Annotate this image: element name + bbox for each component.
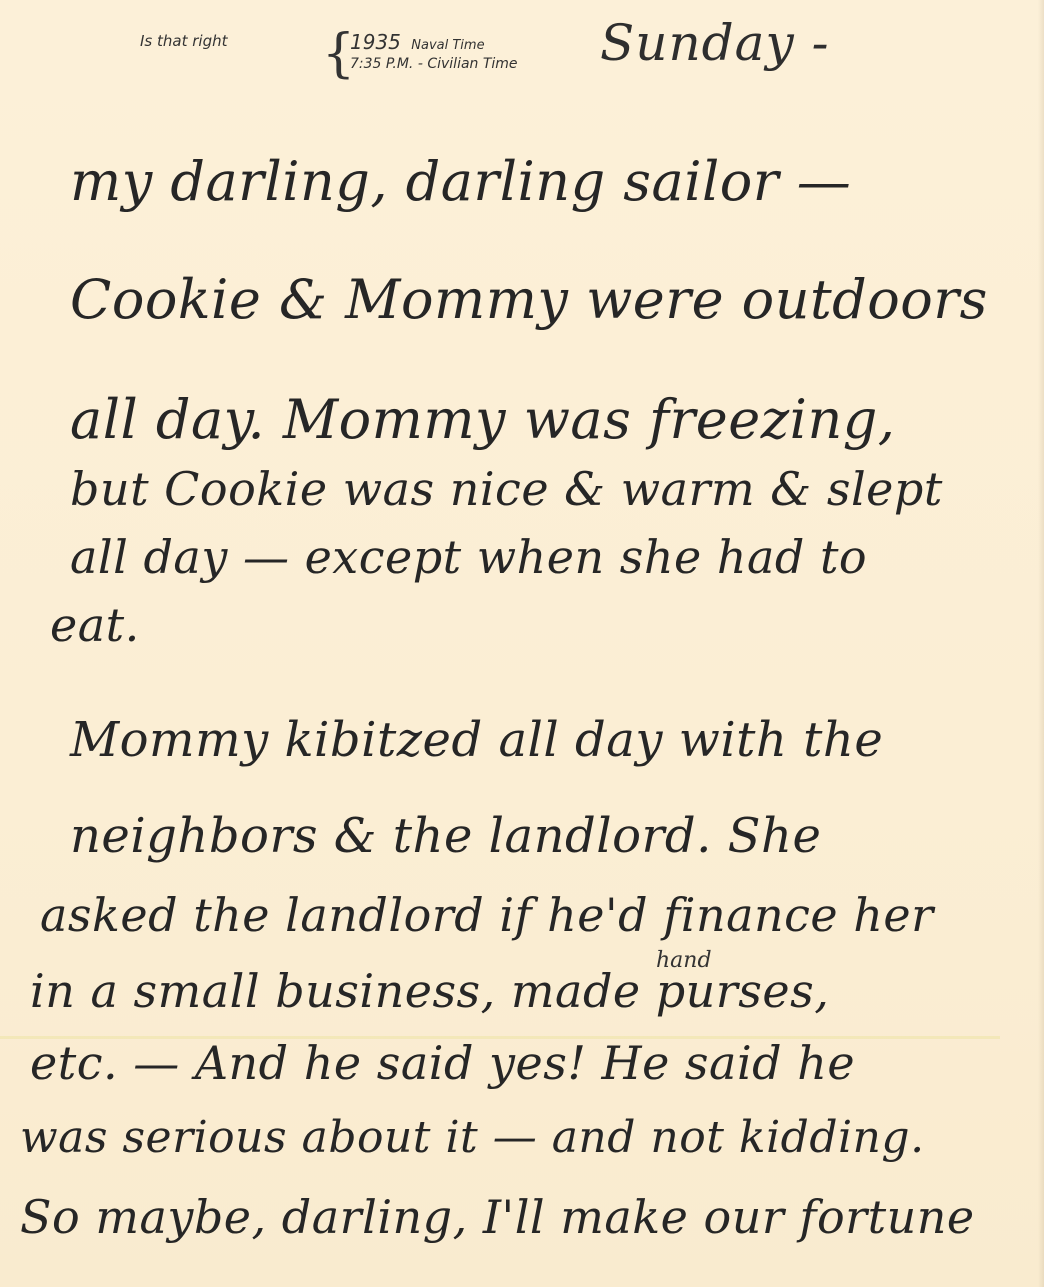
civilian-time: 7:35 P.M. - Civilian Time [350, 56, 518, 72]
letter-line: but Cookie was nice & warm & slept [70, 462, 943, 516]
letter-line: asked the landlord if he'd finance her [40, 888, 934, 942]
letter-line: So maybe, darling, I'll make our fortune [20, 1190, 975, 1244]
letter-line: in a small business, made purses, [30, 964, 829, 1018]
letter-line: Cookie & Mommy were outdoors [70, 268, 988, 331]
letter-line: all day — except when she had to [70, 530, 867, 584]
letter-line: my darling, darling sailor — [70, 150, 851, 213]
margin-note: Is that right [140, 32, 227, 50]
letter-line: neighbors & the landlord. She [70, 808, 821, 864]
letter-line: etc. — And he said yes! He said he [30, 1036, 855, 1090]
letter-line: eat. [50, 598, 140, 652]
letter-page: Is that right { 1935 Naval Time 7:35 P.M… [0, 0, 1044, 1287]
letter-line: was serious about it — and not kidding. [20, 1112, 925, 1163]
letter-day: Sunday - [600, 14, 830, 72]
letter-line: Mommy kibitzed all day with the [70, 712, 883, 768]
naval-time-label: Naval Time [411, 38, 484, 53]
letter-line: all day. Mommy was freezing, [70, 388, 895, 451]
naval-time: 1935 Naval Time [350, 30, 518, 54]
paper-edge [1038, 0, 1044, 1287]
naval-time-value: 1935 [350, 30, 401, 54]
time-block: 1935 Naval Time 7:35 P.M. - Civilian Tim… [350, 30, 518, 72]
